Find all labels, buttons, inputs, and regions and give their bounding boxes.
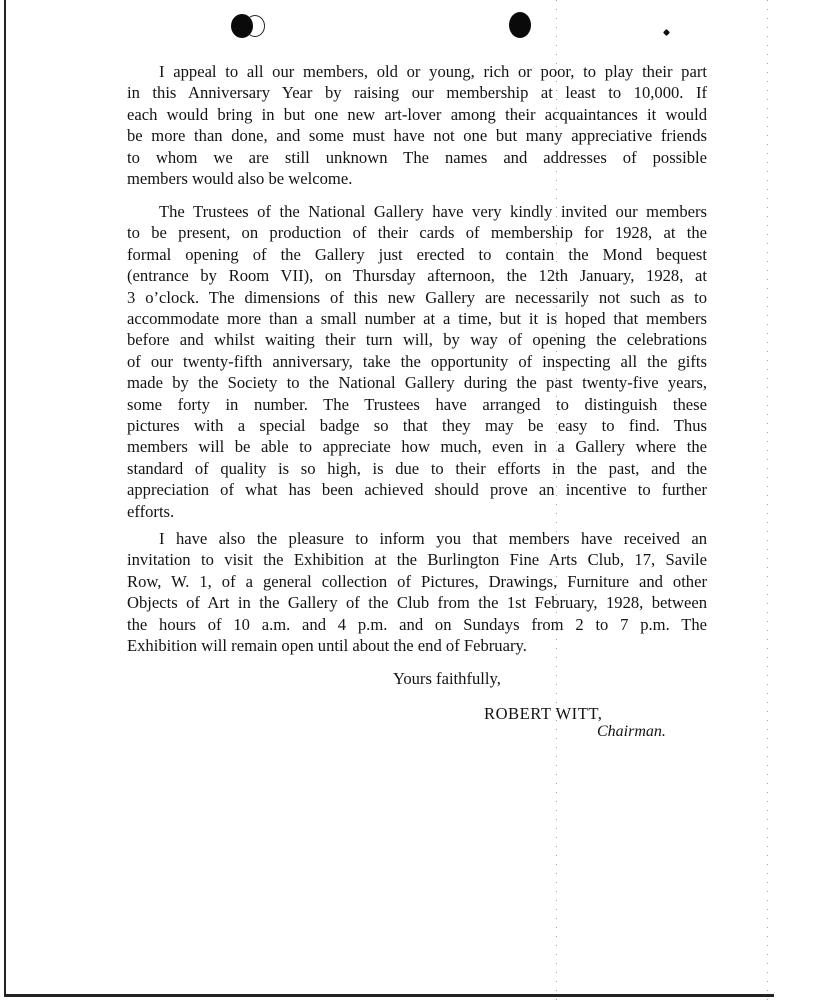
text-line: some forty in number. The Trustees have … xyxy=(127,394,707,415)
text-line: appreciation of what has been achieved s… xyxy=(127,479,707,500)
text-line: the hours of 10 a.m. and 4 p.m. and on S… xyxy=(127,614,707,635)
closing-salutation: Yours faithfully, xyxy=(393,669,501,689)
text-line: to be present, on production of their ca… xyxy=(127,222,707,243)
text-line: pictures with a special badge so that th… xyxy=(127,415,707,436)
text-line: be more than done, and some must have no… xyxy=(127,125,707,146)
punch-hole-arc-icon xyxy=(245,15,265,37)
text-line: The Trustees of the National Gallery hav… xyxy=(127,201,707,222)
text-line: (entrance by Room VII), on Thursday afte… xyxy=(127,265,707,286)
text-line: accommodate more than a small number at … xyxy=(127,308,707,329)
text-line: members would also be welcome. xyxy=(127,168,707,189)
punch-hole-icon xyxy=(509,12,531,38)
signer-name: ROBERT WITT, xyxy=(484,704,602,724)
scan-fold-line xyxy=(767,0,768,1000)
text-line: before and whilst waiting their turn wil… xyxy=(127,329,707,350)
text-line: 3 o’clock. The dimensions of this new Ga… xyxy=(127,287,707,308)
text-line: Row, W. 1, of a general collection of Pi… xyxy=(127,571,707,592)
signer-title: Chairman. xyxy=(597,723,666,741)
text-line: I have also the pleasure to inform you t… xyxy=(127,528,707,549)
text-line: efforts. xyxy=(127,501,707,522)
text-line: of our twenty-fifth anniversary, take th… xyxy=(127,351,707,372)
text-line: Exhibition will remain open until about … xyxy=(127,635,707,656)
paragraph-exhibition: I have also the pleasure to inform you t… xyxy=(127,528,707,656)
text-line: to whom we are still unknown The names a… xyxy=(127,147,707,168)
text-line: Objects of Art in the Gallery of the Clu… xyxy=(127,592,707,613)
text-line: standard of quality is so high, is due t… xyxy=(127,458,707,479)
text-line: formal opening of the Gallery just erect… xyxy=(127,244,707,265)
page-edge-left xyxy=(4,0,6,996)
text-line: I appeal to all our members, old or youn… xyxy=(127,61,707,82)
text-line: made by the Society to the National Gall… xyxy=(127,372,707,393)
text-line: in this Anniversary Year by raising our … xyxy=(127,82,707,103)
ink-mark-icon xyxy=(663,29,670,36)
paragraph-trustees: The Trustees of the National Gallery hav… xyxy=(127,201,707,522)
page-edge-bottom xyxy=(4,994,774,997)
text-line: members will be able to appreciate how m… xyxy=(127,436,707,457)
text-line: each would bring in but one new art-love… xyxy=(127,104,707,125)
paragraph-appeal: I appeal to all our members, old or youn… xyxy=(127,61,707,189)
text-line: invitation to visit the Exhibition at th… xyxy=(127,549,707,570)
